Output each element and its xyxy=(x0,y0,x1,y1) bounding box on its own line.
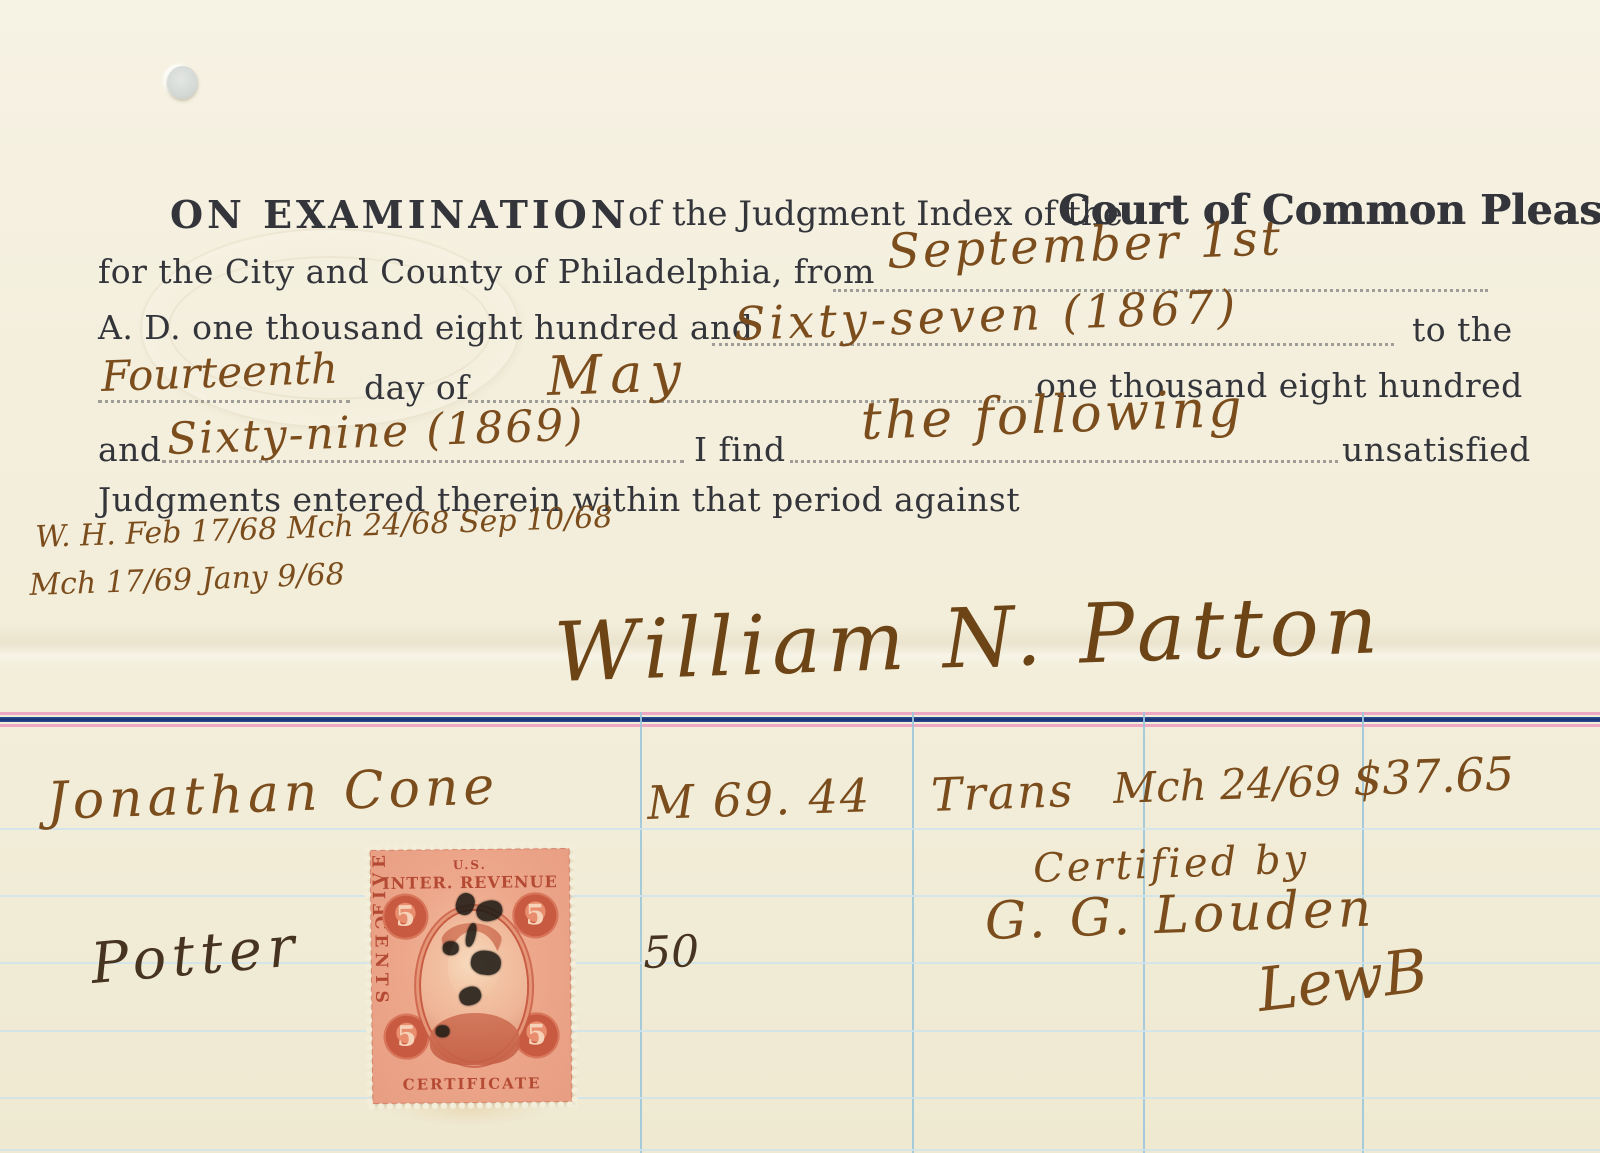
ledger-row-line-5 xyxy=(0,1097,1600,1099)
fee-amount: 50 xyxy=(642,926,700,979)
printed-day-of: day of xyxy=(364,368,469,407)
ledger-rule-pink-top xyxy=(0,712,1600,715)
printed-and: and xyxy=(98,430,162,469)
stamp-denomination-top-right: 5 xyxy=(512,892,558,938)
cancellation-mark xyxy=(436,1025,450,1037)
stamp-denomination-value: 5 xyxy=(395,903,415,931)
ledger-entry-date: Mch 24/69 xyxy=(1112,756,1342,813)
printed-i-find: I find xyxy=(694,430,786,469)
stamp-certificate-label: CERTIFICATE xyxy=(372,1074,572,1094)
attorney-name: Potter xyxy=(88,914,303,997)
ledger-debtor-name: Jonathan Cone xyxy=(46,756,500,832)
punch-hole xyxy=(167,66,198,99)
ledger-rule-navy xyxy=(0,717,1600,722)
written-month: May xyxy=(546,340,690,408)
stamp-denomination-value: 5 xyxy=(525,901,545,929)
printed-from-line: for the City and County of Philadelphia,… xyxy=(98,252,875,291)
certifier-signature: G. G. Louden xyxy=(984,878,1376,952)
ledger-amount: $37.65 xyxy=(1352,746,1515,806)
stamp-denomination-value: 5 xyxy=(397,1023,417,1051)
ledger-column-line-2 xyxy=(912,712,914,1153)
printed-to-the: to the xyxy=(1412,310,1513,349)
printed-unsatisfied: unsatisfied xyxy=(1342,430,1531,469)
dotted-rule-result xyxy=(790,460,1338,463)
clerk-flourish: LewB xyxy=(1253,936,1431,1026)
written-day: Fourteenth xyxy=(100,344,338,401)
stamp-denomination-top-left: 5 xyxy=(382,893,428,939)
ledger-row-line-1 xyxy=(0,828,1600,830)
stamp-denomination-bottom-left: 5 xyxy=(383,1013,429,1059)
stamp-perforation-right xyxy=(568,843,580,1107)
ledger-docket-number: M 69. 44 xyxy=(646,768,872,830)
ledger-row-line-6 xyxy=(0,1149,1600,1151)
dotted-rule-day xyxy=(98,400,350,403)
stamp-inter-revenue-label: INTER. REVENUE xyxy=(370,872,570,893)
ledger-rule-pink-bottom xyxy=(0,724,1600,727)
stamp-denomination-value: 5 xyxy=(527,1021,547,1049)
document-page: ON EXAMINATION of the Judgment Index of … xyxy=(0,0,1600,1153)
revenue-stamp-body: U.S. INTER. REVENUE FIVE CENTS 5 5 5 5 C… xyxy=(370,848,573,1104)
revenue-stamp: U.S. INTER. REVENUE FIVE CENTS 5 5 5 5 C… xyxy=(367,845,576,1107)
written-result: the following xyxy=(860,379,1246,452)
portrait-shoulders xyxy=(429,1012,520,1065)
stamp-country-label: U.S. xyxy=(370,857,570,873)
annotation-dates-2: Mch 17/69 Jany 9/68 xyxy=(29,557,345,603)
ledger-row-line-4 xyxy=(0,1030,1600,1032)
cancellation-mark xyxy=(443,941,459,955)
ledger-action: Trans xyxy=(930,763,1075,822)
title-emphasis: ON EXAMINATION xyxy=(170,192,630,237)
subject-name-signature: William N. Patton xyxy=(553,577,1385,701)
